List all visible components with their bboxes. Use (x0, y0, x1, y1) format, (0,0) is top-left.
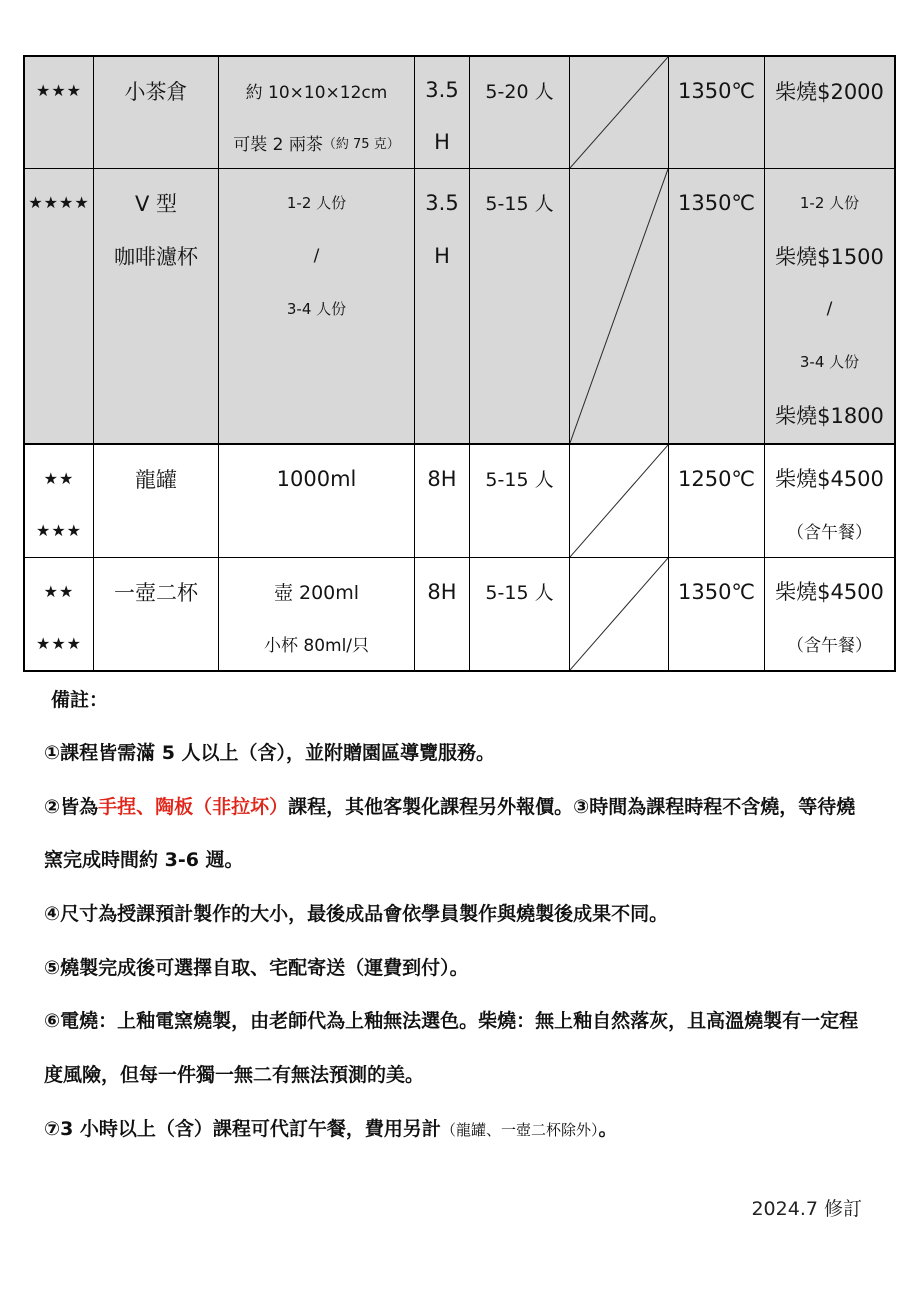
cell-difficulty-stars: ★★★★★ (25, 558, 93, 670)
cell-line: 8H (427, 565, 456, 618)
cell-text: ★★★ (36, 521, 82, 540)
note-text: 。 (598, 1118, 617, 1140)
note-line: ①課程皆需滿 5 人以上（含），並附贈園區導覽服務。 (44, 727, 896, 781)
cell-firing-temp: 1350℃ (668, 558, 764, 670)
cell-line: 柴燒$2000 (775, 64, 884, 117)
cell-text: ★★ (44, 469, 75, 488)
note-text: ⑥電燒：上釉電窯燒製，由老師代為上釉無法選色。柴燒：無上釉自然落灰，且高溫燒製有… (44, 1010, 858, 1032)
cell-text: 8H (427, 580, 456, 604)
cell-size-spec: 約 10×10×12cm可裝 2 兩茶（約 75 克） (218, 57, 414, 168)
note-line: 窯完成時間約 3-6 週。 (44, 834, 896, 888)
cell-line: ★★★★ (28, 176, 89, 229)
diagonal-slash (570, 558, 668, 670)
cell-line: 1-2 人份 (287, 176, 346, 229)
cell-text: 1350℃ (678, 191, 755, 215)
cell-difficulty-stars: ★★★★ (25, 169, 93, 443)
cell-text: 1350℃ (678, 79, 755, 103)
cell-text: ★★★★ (28, 193, 89, 212)
cell-line: H (434, 229, 450, 282)
notes-heading: 備註： (44, 673, 896, 727)
cell-text: 壺 200ml (274, 578, 359, 605)
cell-not-applicable (569, 57, 668, 168)
cell-price: 1-2 人份柴燒$1500/3-4 人份柴燒$1800 (764, 169, 894, 443)
cell-duration: 3.5H (414, 57, 469, 168)
cell-text: 約 10×10×12cm (246, 78, 388, 103)
cell-firing-temp: 1350℃ (668, 169, 764, 443)
cell-text: ★★★ (36, 634, 82, 653)
cell-text: 5-15 人 (485, 578, 553, 605)
cell-line: 小茶倉 (125, 64, 188, 117)
cell-line: （含午餐） (787, 505, 872, 558)
cell-text: 1-2 人份 (800, 192, 859, 213)
cell-text: H (434, 244, 450, 268)
cell-line: 3-4 人份 (287, 282, 346, 335)
cell-class-size: 5-15 人 (469, 169, 569, 443)
cell-text: 8H (427, 467, 456, 491)
cell-line: 柴燒$1800 (775, 388, 884, 441)
cell-line: 3.5 (425, 176, 458, 229)
diagonal-slash (570, 57, 668, 168)
cell-text: 1-2 人份 (287, 192, 346, 213)
cell-text: 3-4 人份 (287, 298, 346, 319)
cell-firing-temp: 1350℃ (668, 57, 764, 168)
note-text: 度風險，但每一件獨一無二有無法預測的美。 (44, 1064, 424, 1086)
cell-size-spec: 1000ml (218, 445, 414, 557)
cell-text: 3-4 人份 (800, 351, 859, 372)
note-text: 窯完成時間約 3-6 週。 (44, 849, 244, 871)
cell-text: 一壺二杯 (114, 577, 198, 607)
cell-line: / (314, 229, 320, 282)
note-line: ④尺寸為授課預計製作的大小，最後成品會依學員製作與燒製後成果不同。 (44, 888, 896, 942)
cell-class-size: 5-15 人 (469, 445, 569, 557)
note-text: 課程，其他客製化課程另外報價。③時間為課程時程不含燒，等待燒 (288, 796, 855, 818)
cell-price: 柴燒$2000 (764, 57, 894, 168)
cell-difficulty-stars: ★★★★★ (25, 445, 93, 557)
cell-text: V 型 (135, 188, 177, 218)
cell-line: H (434, 116, 450, 168)
course-price-table: ★★★小茶倉約 10×10×12cm可裝 2 兩茶（約 75 克）3.5H5-2… (23, 55, 896, 672)
table-row: ★★★★★一壺二杯壺 200ml小杯 80ml/只8H5-15 人1350℃柴燒… (25, 557, 894, 670)
cell-line: 可裝 2 兩茶（約 75 克） (233, 116, 399, 168)
cell-item-name: 一壺二杯 (93, 558, 218, 670)
cell-not-applicable (569, 445, 668, 557)
cell-text: 柴燒$2000 (775, 76, 884, 106)
cell-class-size: 5-20 人 (469, 57, 569, 168)
cell-line: 小杯 80ml/只 (264, 618, 369, 671)
cell-firing-temp: 1250℃ (668, 445, 764, 557)
diagonal-slash (570, 169, 668, 443)
cell-text: （含午餐） (787, 631, 872, 656)
cell-line: 柴燒$4500 (775, 452, 884, 505)
cell-price: 柴燒$4500（含午餐） (764, 445, 894, 557)
cell-text: （約 75 克） (323, 133, 400, 152)
cell-class-size: 5-15 人 (469, 558, 569, 670)
cell-text: 5-15 人 (485, 465, 553, 492)
cell-size-spec: 壺 200ml小杯 80ml/只 (218, 558, 414, 670)
cell-text: 柴燒$4500 (775, 576, 884, 606)
table-row: ★★★★V 型咖啡濾杯1-2 人份/3-4 人份3.5H5-15 人1350℃1… (25, 168, 894, 443)
cell-line: 5-15 人 (485, 176, 553, 229)
cell-line: ★★★ (36, 505, 82, 558)
notes-section: 備註： ①課程皆需滿 5 人以上（含），並附贈園區導覽服務。②皆為手捏、陶板（非… (44, 673, 896, 1157)
cell-line: / (827, 282, 833, 335)
cell-text: 3.5 (425, 191, 458, 215)
cell-text: 柴燒$1500 (775, 241, 884, 271)
cell-text: 小茶倉 (125, 76, 188, 106)
cell-text: 柴燒$1800 (775, 400, 884, 430)
cell-line: 一壺二杯 (114, 565, 198, 618)
note-text: ⑤燒製完成後可選擇自取、宅配寄送（運費到付）。 (44, 957, 469, 979)
cell-line: 咖啡濾杯 (114, 229, 198, 282)
cell-text: 3.5 (425, 78, 458, 102)
note-line: ⑤燒製完成後可選擇自取、宅配寄送（運費到付）。 (44, 942, 896, 996)
diagonal-slash (570, 445, 668, 557)
note-text: ①課程皆需滿 5 人以上（含），並附贈園區導覽服務。 (44, 742, 495, 764)
cell-line: 5-15 人 (485, 565, 553, 618)
cell-line: 龍罐 (135, 452, 177, 505)
cell-difficulty-stars: ★★★ (25, 57, 93, 168)
cell-not-applicable (569, 169, 668, 443)
cell-item-name: 龍罐 (93, 445, 218, 557)
cell-text: 可裝 2 兩茶 (233, 130, 323, 155)
revision-date: 2024.7 修訂 (751, 1194, 862, 1224)
cell-line: 3-4 人份 (800, 335, 859, 388)
cell-line: 約 10×10×12cm (246, 64, 388, 116)
cell-duration: 8H (414, 445, 469, 557)
cell-text: 咖啡濾杯 (114, 241, 198, 271)
note-line: 度風險，但每一件獨一無二有無法預測的美。 (44, 1049, 896, 1103)
table-row: ★★★小茶倉約 10×10×12cm可裝 2 兩茶（約 75 克）3.5H5-2… (25, 57, 894, 168)
cell-item-name: V 型咖啡濾杯 (93, 169, 218, 443)
cell-line: 壺 200ml (274, 565, 359, 618)
cell-line: 柴燒$1500 (775, 229, 884, 282)
cell-price: 柴燒$4500（含午餐） (764, 558, 894, 670)
cell-item-name: 小茶倉 (93, 57, 218, 168)
cell-text: 1000ml (277, 467, 357, 491)
note-line: ⑦3 小時以上（含）課程可代訂午餐，費用另計（龍罐、一壺二杯除外）。 (44, 1103, 896, 1157)
cell-text: （含午餐） (787, 518, 872, 543)
cell-text: 小杯 80ml/只 (264, 631, 369, 656)
cell-line: 8H (427, 452, 456, 505)
cell-text: 5-15 人 (485, 189, 553, 216)
cell-text: / (314, 246, 320, 266)
cell-line: ★★ (44, 565, 75, 618)
cell-not-applicable (569, 558, 668, 670)
cell-duration: 3.5H (414, 169, 469, 443)
cell-text: H (434, 130, 450, 154)
note-text: ⑦3 小時以上（含）課程可代訂午餐，費用另計 (44, 1118, 441, 1140)
cell-line: V 型 (135, 176, 177, 229)
cell-size-spec: 1-2 人份/3-4 人份 (218, 169, 414, 443)
note-text: ②皆為 (44, 796, 98, 818)
cell-line: ★★ (44, 452, 75, 505)
cell-duration: 8H (414, 558, 469, 670)
cell-text: / (827, 299, 833, 319)
cell-text: 龍罐 (135, 464, 177, 494)
note-text: （龍罐、一壺二杯除外） (441, 1121, 599, 1139)
cell-text: 5-20 人 (485, 77, 553, 104)
cell-line: ★★★ (36, 64, 82, 117)
cell-line: 1250℃ (678, 452, 755, 505)
cell-line: （含午餐） (787, 618, 872, 671)
cell-text: 1250℃ (678, 467, 755, 491)
cell-line: ★★★ (36, 618, 82, 671)
cell-text: 1350℃ (678, 580, 755, 604)
cell-text: ★★★ (36, 81, 82, 100)
notes-list: ①課程皆需滿 5 人以上（含），並附贈園區導覽服務。②皆為手捏、陶板（非拉坏）課… (44, 727, 896, 1157)
cell-line: 3.5 (425, 64, 458, 116)
note-highlight-text: 手捏、陶板（非拉坏） (98, 796, 288, 818)
cell-text: ★★ (44, 582, 75, 601)
cell-line: 1350℃ (678, 565, 755, 618)
cell-line: 5-15 人 (485, 452, 553, 505)
note-line: ②皆為手捏、陶板（非拉坏）課程，其他客製化課程另外報價。③時間為課程時程不含燒，… (44, 781, 896, 835)
table-row: ★★★★★龍罐1000ml8H5-15 人1250℃柴燒$4500（含午餐） (25, 443, 894, 557)
note-text: ④尺寸為授課預計製作的大小，最後成品會依學員製作與燒製後成果不同。 (44, 903, 668, 925)
cell-line: 1350℃ (678, 64, 755, 117)
cell-line: 柴燒$4500 (775, 565, 884, 618)
cell-line: 1-2 人份 (800, 176, 859, 229)
cell-text: 柴燒$4500 (775, 463, 884, 493)
note-line: ⑥電燒：上釉電窯燒製，由老師代為上釉無法選色。柴燒：無上釉自然落灰，且高溫燒製有… (44, 995, 896, 1049)
cell-line: 1350℃ (678, 176, 755, 229)
cell-line: 1000ml (277, 452, 357, 505)
cell-line: 5-20 人 (485, 64, 553, 117)
